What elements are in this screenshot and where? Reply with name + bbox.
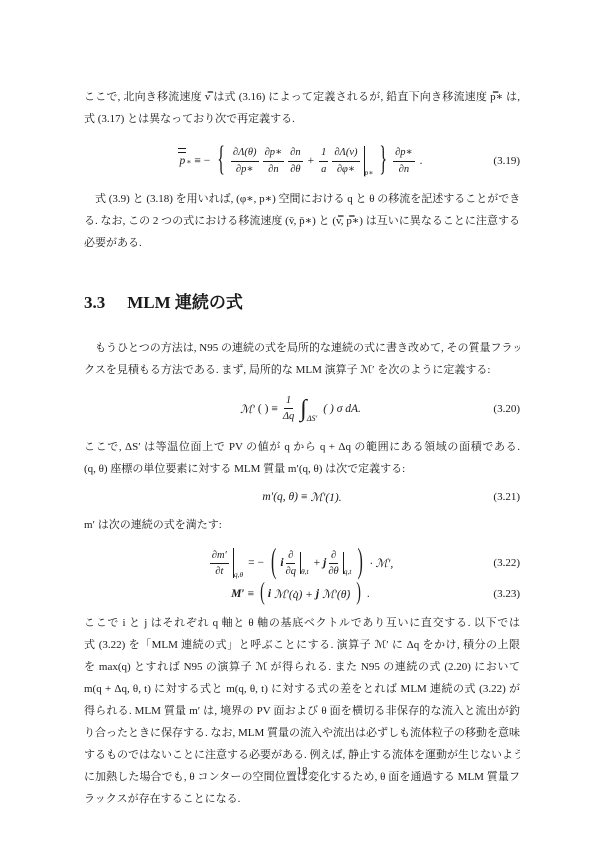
text-line: (q, θ) 座標の単位要素に対する MLM 質量 m′(q, θ) は次で定義… (84, 458, 520, 480)
plus-operator: + (308, 155, 315, 167)
text-line: 式 (3.9) と (3.18) を用いれば, (φ∗, p∗) 空間における … (84, 188, 520, 210)
paragraph: もうひとつの方法は, N95 の連続の式を局所的な連続の式に書き改めて, その質… (84, 337, 520, 381)
fraction-denominator: ∂p∗ (236, 162, 254, 176)
page-number: 18 (84, 765, 520, 777)
relation-operator: ≡ (301, 491, 308, 503)
fraction-denominator: ∂q (286, 564, 296, 578)
paragraph: m′ は次の連続の式を満たす: (84, 514, 520, 536)
integral-sign: ∫ (300, 397, 307, 421)
fraction: ∂Λ(v) ∂φ∗ (332, 146, 359, 175)
equation-number: (3.20) (493, 403, 520, 415)
left-brace: { (217, 141, 225, 181)
section-title: MLM 連続の式 (127, 288, 243, 313)
fraction: ∂ ∂θ (328, 549, 338, 578)
text-line: するものではないことに注意する必要がある. 例えば, 静止する流体を運動が生じな… (84, 744, 520, 766)
text-line: もうひとつの方法は, N95 の連続の式を局所的な連続の式に書き改めて, その質… (84, 337, 520, 359)
subscript-star: ∗ (186, 157, 191, 166)
evaluation-subscript: q,θ (234, 570, 243, 579)
fraction-denominator: Δq (283, 409, 294, 423)
section-number: 3.3 (84, 293, 105, 313)
text-line: m′ は次の連続の式を満たす: (84, 514, 520, 536)
paragraph: ここで, ΔS′ は等温位面上で PV の値が q から q + Δq の範囲に… (84, 436, 520, 480)
text-line: 式 (3.17) とは異なっており次で再定義する. (84, 108, 520, 130)
operator-term: ℳ′(q̇) + (274, 587, 313, 601)
text-line: 得られる. MLM 質量 m′ は, 境界の PV 面および θ 面を横切る非保… (84, 700, 520, 722)
text-line: ここで i と j はそれぞれ q 軸と θ 軸の基底ベクトルであり互いに直交す… (84, 612, 520, 634)
fraction: ∂Λ(θ) ∂p∗ (231, 146, 259, 175)
fraction-numerator: ∂m′ (210, 549, 229, 564)
fraction: ∂p∗ ∂n (263, 146, 285, 175)
right-brace: } (379, 141, 387, 181)
fraction-numerator: ∂n (288, 146, 302, 161)
evaluation-subscript: θ,t (301, 567, 309, 576)
math-symbol: p (179, 155, 185, 167)
left-paren: ( (260, 580, 265, 609)
text-line: m(q + Δq, θ, t) に対する式と m(q, θ, t) に対する式の… (84, 678, 520, 700)
basis-vector-j: j (323, 557, 326, 569)
document-page: ここで, 北向き移流速度 v̿ は式 (3.16) によって定義されるが, 鉛直… (0, 0, 595, 842)
fraction: ∂n ∂θ (288, 146, 302, 175)
relation-operator: ≡ (248, 588, 255, 600)
right-paren: ) (356, 580, 361, 609)
fraction-denominator: ∂θ (290, 162, 300, 176)
evaluation-subscript: p∗ (365, 168, 374, 177)
period: . (367, 588, 370, 600)
text-line: 式 (3.22) を「MLM 連続の式」と呼ぶことにする. 演算子 ℳ′ に Δ… (84, 634, 520, 656)
basis-vector-i: i (280, 557, 283, 569)
fraction-numerator: ∂p∗ (263, 146, 285, 161)
text-line: ここで, 北向き移流速度 v̿ は式 (3.16) によって定義されるが, 鉛直… (84, 86, 520, 108)
fraction-numerator: 1 (319, 146, 328, 161)
paragraph: 式 (3.9) と (3.18) を用いれば, (φ∗, p∗) 空間における … (84, 188, 520, 254)
fraction-denominator: a (321, 162, 326, 176)
text-line: クスを見積もる方法である. まず, 局所的な MLM 演算子 ℳ′ を次のように… (84, 359, 520, 381)
equation-number: (3.23) (493, 588, 520, 600)
display-equation: m′(q, θ) ≡ ℳ′(1). (3.21) (84, 490, 520, 504)
equation-body: ℳ′ ( ) ≡ 1 Δq ∫ΔS′ ( ) σ dA. (84, 394, 520, 423)
fraction-numerator: ∂ (286, 549, 295, 564)
fraction: 1 Δq (283, 394, 294, 423)
relation-operator: ≡ − (194, 155, 210, 167)
basis-vector-j: j (316, 588, 319, 600)
mlm-mass-symbol: m′(q, θ) (262, 491, 298, 503)
fraction-numerator: ∂p∗ (393, 146, 415, 161)
text-line: を max(q) とすれば N95 の演算子 ℳ が得られる. また N95 の… (84, 656, 520, 678)
operator-expression: ℳ′(1). (311, 490, 342, 504)
integrand: ( ) σ dA. (323, 403, 361, 415)
display-equation: p∗ ≡ − { ∂Λ(θ) ∂p∗ ∂p∗ ∂n ∂n ∂θ + 1 (84, 146, 520, 176)
text-line: る. なお, この 2 つの式における移流速度 (v̄, p̄∗) と (v̿,… (84, 210, 520, 232)
mlm-operator-symbol: ℳ′ (240, 402, 255, 416)
equation-number: (3.19) (493, 155, 520, 167)
text-line: ラックスが存在することになる. (84, 788, 520, 810)
fraction-denominator: ∂n (399, 162, 409, 176)
fraction-numerator: ∂Λ(v) (332, 146, 359, 161)
text-line: ここで, ΔS′ は等温位面上で PV の値が q から q + Δq の範囲に… (84, 436, 520, 458)
equation-body: m′(q, θ) ≡ ℳ′(1). (84, 490, 520, 504)
text-line: り合ったときに保存する. なお, MLM 質量の流入や流出は必ずしも流体粒子の移… (84, 722, 520, 744)
display-equation: ∂m′ ∂t q,θ = − ( i ∂ ∂q θ,t + j ∂ ∂θ q,t (84, 548, 520, 578)
integral-subscript: ΔS′ (307, 414, 317, 423)
fraction-denominator: ∂t (215, 564, 223, 578)
fraction: ∂m′ ∂t (210, 549, 229, 578)
paragraph: ここで i と j はそれぞれ q 軸と θ 軸の基底ベクトルであり互いに直交す… (84, 612, 520, 810)
fraction-denominator: ∂n (268, 162, 278, 176)
equation-body: p∗ ≡ − { ∂Λ(θ) ∂p∗ ∂p∗ ∂n ∂n ∂θ + 1 (84, 146, 520, 176)
equation-number: (3.22) (493, 557, 520, 569)
right-paren: ) (357, 543, 362, 583)
left-paren: ( (271, 543, 276, 583)
period: . (420, 155, 423, 167)
fraction: ∂ ∂q (286, 549, 296, 578)
page-content: ここで, 北向き移流速度 v̿ は式 (3.16) によって定義されるが, 鉛直… (84, 86, 520, 810)
fraction-numerator: ∂Λ(θ) (231, 146, 259, 161)
equation-body: ∂m′ ∂t q,θ = − ( i ∂ ∂q θ,t + j ∂ ∂θ q,t (84, 548, 520, 578)
operator-arguments: ( ) ≡ (258, 403, 278, 415)
paragraph: ここで, 北向き移流速度 v̿ は式 (3.16) によって定義されるが, 鉛直… (84, 86, 520, 130)
fraction: ∂p∗ ∂n (393, 146, 415, 175)
equation-body: M′ ≡ ( i ℳ′(q̇) + j ℳ′(θ̇) ) . (84, 586, 520, 602)
evaluation-subscript: q,t (344, 567, 352, 576)
fraction-denominator: ∂θ (328, 564, 338, 578)
display-equation: ℳ′ ( ) ≡ 1 Δq ∫ΔS′ ( ) σ dA. (3.20) (84, 394, 520, 423)
text-line: 必要がある. (84, 232, 520, 254)
display-equation: M′ ≡ ( i ℳ′(q̇) + j ℳ′(θ̇) ) . (3.23) (84, 586, 520, 602)
relation-operator: = − (248, 557, 264, 569)
operator-term: ℳ′(θ̇) (322, 587, 350, 601)
plus-operator: + (314, 557, 321, 569)
section-heading: 3.3 MLM 連続の式 (84, 288, 520, 313)
fraction-numerator: 1 (284, 394, 293, 409)
flux-vector-term: · ℳ′, (370, 556, 393, 570)
double-overbar-p: p (178, 155, 186, 167)
fraction-denominator: ∂φ∗ (337, 162, 355, 176)
fraction: 1 a (319, 146, 328, 175)
basis-vector-i: i (268, 588, 271, 600)
equation-number: (3.21) (493, 491, 520, 503)
fraction-numerator: ∂ (329, 549, 338, 564)
flux-vector-symbol: M′ (231, 588, 244, 600)
